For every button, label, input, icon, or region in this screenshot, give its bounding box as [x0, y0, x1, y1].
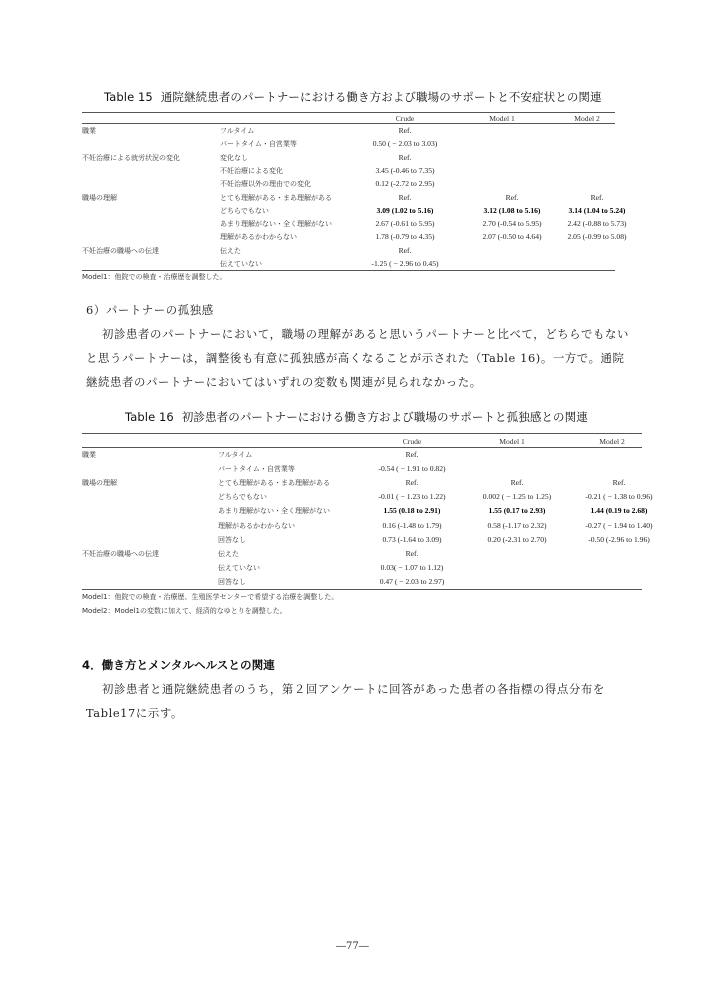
row-item: フルタイム	[218, 448, 252, 462]
row-crude-value: Ref.	[347, 547, 477, 561]
row-category: 職場の理解	[82, 476, 117, 490]
table15-row: 理解があるかわからない1.78 (-0.79 to 4.35)2.07 (-0.…	[82, 230, 615, 244]
row-crude-value: 0.03( − 1.07 to 1.12)	[347, 561, 477, 575]
row-item: どちらでもない	[218, 490, 267, 504]
section4-heading: 4．働き方とメンタルヘルスとの関連	[82, 657, 275, 673]
section4-line-2: Table17に示す。	[86, 705, 183, 721]
row-crude-value: Ref.	[340, 124, 470, 138]
table16-top-rule	[82, 433, 642, 434]
row-model2-value: -0.21 ( − 1.38 to 0.96)	[554, 490, 684, 504]
table16-row: 職場の理解とても理解がある・まあ理解があるRef.Ref.Ref.	[82, 476, 642, 490]
table16-row: 伝えていない0.03( − 1.07 to 1.12)	[82, 561, 642, 575]
table15-number: Table 15	[104, 90, 153, 104]
row-category: 職場の理解	[82, 191, 117, 205]
table15: Crude Model 1 Model 2 職業フルタイムRef.パートタイム・…	[82, 112, 615, 272]
row-item: 伝えていない	[220, 257, 262, 271]
row-crude-value: Ref.	[340, 244, 470, 258]
table16-row: 回答なし0.47 ( − 2.03 to 2.97)	[82, 575, 642, 589]
table16-row: 理解があるかわからない0.16 (-1.48 to 1.79)0.58 (-1.…	[82, 519, 642, 533]
row-model2-value: 2.05 (-0.99 to 5.08)	[532, 230, 662, 244]
row-model2-value: -0.50 (-2.96 to 1.96)	[554, 533, 684, 547]
row-item: 変化なし	[220, 151, 248, 165]
table16-row: 不妊治療の職場への伝達伝えたRef.	[82, 547, 642, 561]
table16-row: 職業フルタイムRef.	[82, 448, 642, 462]
row-category: 不妊治療の職場への伝達	[82, 244, 159, 258]
table16-caption: Table 16初診患者のパートナーにおける働き方および職場のサポートと孤独感と…	[125, 409, 588, 425]
row-item: とても理解がある・まあ理解がある	[218, 476, 330, 490]
table15-row: 不妊治療による変化3.45 (-0.46 to 7.35)	[82, 164, 615, 178]
section6-line-3: 継続患者のパートナーにおいてはいずれの変数も関連が見られなかった。	[86, 374, 482, 390]
table15-row: 不妊治療による就労状況の変化変化なしRef.	[82, 151, 615, 165]
row-category: 不妊治療の職場への伝達	[82, 547, 159, 561]
table15-row: 伝えていない-1.25 ( − 2.96 to 0.45)	[82, 257, 615, 271]
table16-row: どちらでもない-0.01 ( − 1.23 to 1.22)0.002 ( − …	[82, 490, 642, 504]
row-crude-value: -0.54 ( − 1.91 to 0.82)	[347, 462, 477, 476]
row-category: 不妊治療による就労状況の変化	[82, 151, 180, 165]
table16-row: パートタイム・自営業等-0.54 ( − 1.91 to 0.82)	[82, 462, 642, 476]
table15-row: 不妊治療の職場への伝達伝えたRef.	[82, 244, 615, 258]
row-item: 伝えた	[218, 547, 239, 561]
row-model2-value: 2.42 (-0.88 to 5.73)	[532, 217, 662, 231]
row-item: 理解があるかわからない	[220, 230, 297, 244]
table16-number: Table 16	[125, 410, 174, 424]
page-number: ―77―	[336, 941, 369, 952]
row-model2-value: Ref.	[554, 476, 684, 490]
table15-row: 不妊治療以外の理由での変化0.12 (-2.72 to 2.95)	[82, 177, 615, 191]
table16-bottom-rule	[82, 589, 642, 590]
row-crude-value: Ref.	[340, 151, 470, 165]
row-item: 不妊治療による変化	[220, 164, 283, 178]
row-item: 伝えた	[220, 244, 241, 258]
row-item: 不妊治療以外の理由での変化	[220, 177, 311, 191]
table16-note-1: Model1：他院での検査・治療歴、生殖医学センターで希望する治療を調整した。	[82, 592, 338, 602]
table16-row: 回答なし0.73 (-1.64 to 3.09)0.20 (-2.31 to 2…	[82, 533, 642, 547]
row-item: あまり理解がない・全く理解がない	[218, 504, 330, 518]
table15-row: 職場の理解とても理解がある・まあ理解があるRef.Ref.Ref.	[82, 191, 615, 205]
row-crude-value: -1.25 ( − 2.96 to 0.45)	[340, 257, 470, 271]
section6-line-2: と思うパートナーは，調整後も有意に孤独感が高くなることが示された（Table 1…	[86, 350, 625, 366]
row-model2-value: 3.14 (1.04 to 5.24)	[532, 204, 662, 218]
row-item: パートタイム・自営業等	[220, 137, 297, 151]
table16-title: 初診患者のパートナーにおける働き方および職場のサポートと孤独感との関連	[182, 410, 588, 424]
row-item: あまり理解がない・全く理解がない	[220, 217, 332, 231]
row-item: パートタイム・自営業等	[218, 462, 295, 476]
row-item: 伝えていない	[218, 561, 260, 575]
table15-row: 職業フルタイムRef.	[82, 124, 615, 138]
row-item: 回答なし	[218, 533, 246, 547]
row-crude-value: 0.47 ( − 2.03 to 2.97)	[347, 575, 477, 589]
row-category: 職業	[82, 448, 96, 462]
table15-bottom-rule	[82, 270, 615, 271]
row-crude-value: 0.50 ( − 2.03 to 3.03)	[340, 137, 470, 151]
row-crude-value: Ref.	[347, 448, 477, 462]
section6-line-1: 初診患者のパートナーにおいて，職場の理解があると思いうパートナーと比べて，どちら…	[102, 326, 629, 342]
row-item: とても理解がある・まあ理解がある	[220, 191, 332, 205]
table15-row: あまり理解がない・全く理解がない2.67 (-0.61 to 5.95)2.70…	[82, 217, 615, 231]
row-item: 回答なし	[218, 575, 246, 589]
section6-heading: 6）パートナーの孤独感	[86, 302, 214, 318]
table16: Crude Model 1 Model 2 職業フルタイムRef.パートタイム・…	[82, 433, 642, 591]
table15-note-1: Model1：他院での検査・治療歴を調整した。	[82, 272, 226, 282]
table15-row: どちらでもない3.09 (1.02 to 5.16)3.12 (1.08 to …	[82, 204, 615, 218]
table15-title: 通院継続患者のパートナーにおける働き方および職場のサポートと不安症状との関連	[161, 90, 602, 104]
row-model2-value: 1.44 (0.19 to 2.68)	[554, 504, 684, 518]
row-model2-value: Ref.	[532, 191, 662, 205]
table15-caption: Table 15通院継続患者のパートナーにおける働き方および職場のサポートと不安…	[104, 89, 602, 105]
row-item: フルタイム	[220, 124, 254, 138]
section4-line-1: 初診患者と通院継続患者のうち，第２回アンケートに回答があった患者の各指標の得点分…	[102, 681, 605, 697]
table16-note-2: Model2：Model1の変数に加えて、経済的なゆとりを調整した。	[82, 606, 287, 616]
row-crude-value: 0.12 (-2.72 to 2.95)	[340, 177, 470, 191]
row-item: どちらでもない	[220, 204, 269, 218]
row-model2-value: -0.27 ( − 1.94 to 1.40)	[554, 519, 684, 533]
row-category: 職業	[82, 124, 96, 138]
table15-row: パートタイム・自営業等0.50 ( − 2.03 to 3.03)	[82, 137, 615, 151]
row-crude-value: 3.45 (-0.46 to 7.35)	[340, 164, 470, 178]
table16-row: あまり理解がない・全く理解がない1.55 (0.18 to 2.91)1.55 …	[82, 504, 642, 518]
row-item: 理解があるかわからない	[218, 519, 295, 533]
